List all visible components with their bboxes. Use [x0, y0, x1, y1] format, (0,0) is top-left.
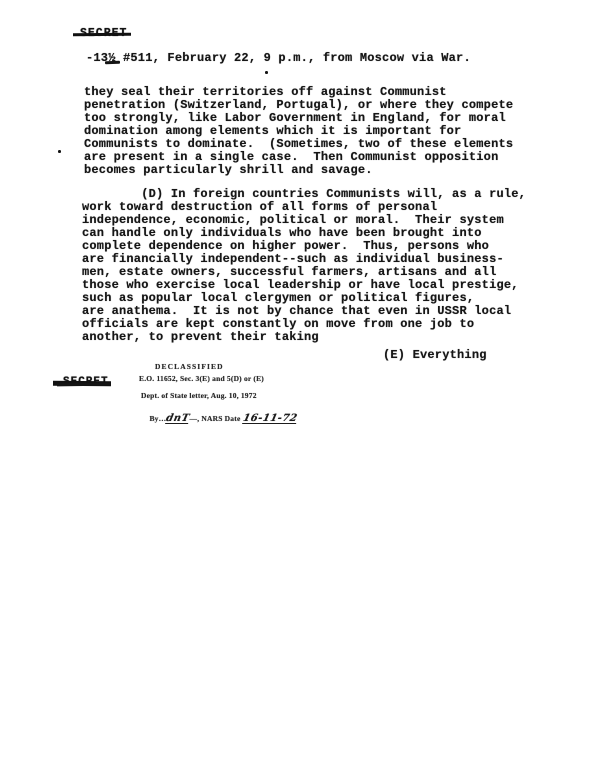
cable-header-line: -13½ #511, February 22, 9 p.m., from Mos…	[86, 52, 471, 65]
classification-stamp-top: SECRET	[80, 27, 127, 40]
ink-speck	[265, 71, 268, 74]
declassified-title: DECLASSIFIED	[155, 363, 224, 371]
date-handwritten: 16-11-72	[242, 415, 298, 424]
by-label: By	[149, 414, 158, 423]
cable-paragraph-1: they seal their territories off against …	[84, 86, 513, 177]
continuation-heading: (E) Everything	[383, 349, 487, 362]
scanned-cable-page: SECRET -13½ #511, February 22, 9 p.m., f…	[0, 0, 600, 776]
pen-dash-artifact	[105, 61, 120, 64]
ink-speck	[58, 150, 61, 153]
by-line: By…dnT—, NARS Date 16-11-72	[137, 407, 297, 432]
nars-date-label: , NARS Date	[197, 414, 240, 423]
strikethrough-mark	[73, 33, 131, 37]
signature-handwritten: dnT	[165, 415, 190, 424]
eo-authority-line: E.O. 11652, Sec. 3(E) and 5(D) or (E)	[139, 375, 264, 383]
cable-paragraph-2: (D) In foreign countries Communists will…	[82, 188, 526, 344]
state-letter-line: Dept. of State letter, Aug. 10, 1972	[141, 392, 257, 400]
classification-stamp-bottom: SECRET	[63, 376, 109, 388]
